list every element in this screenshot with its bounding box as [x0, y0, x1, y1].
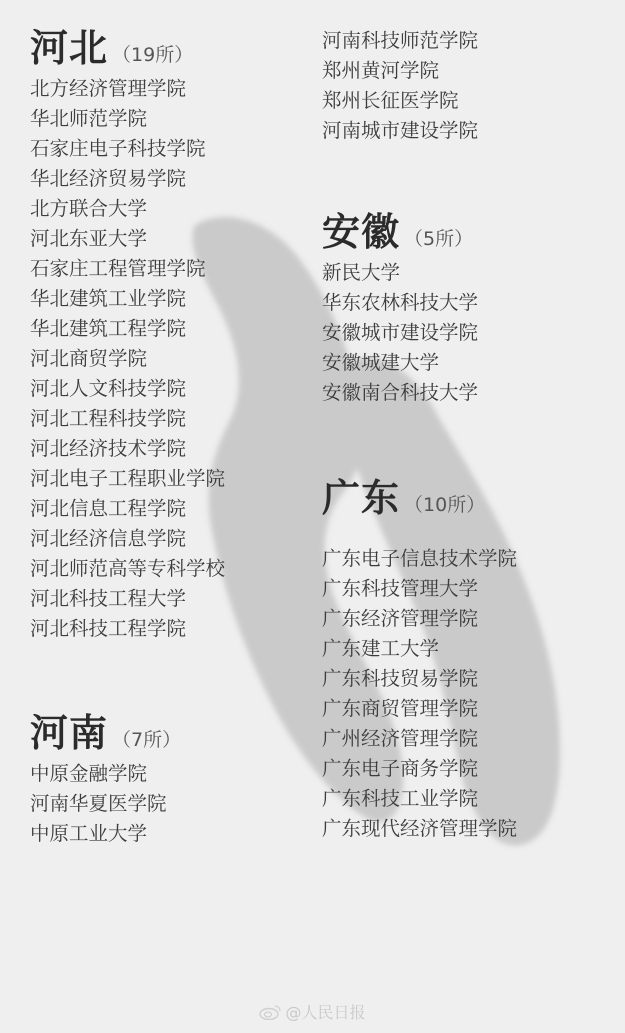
school-list: 中原金融学院 河南华夏医学院 中原工业大学: [30, 759, 310, 849]
list-item: 河北东亚大学: [30, 224, 310, 254]
province-title: 广东: [322, 472, 400, 524]
list-item: 华北建筑工业学院: [30, 284, 310, 314]
list-item: 安徽城市建设学院: [322, 318, 612, 348]
list-item: 河北工程科技学院: [30, 404, 310, 434]
watermark-text: @人民日报: [285, 1000, 365, 1023]
section-hebei: 河北 （19所） 北方经济管理学院 华北师范学院 石家庄电子科技学院 华北经济贸…: [30, 22, 310, 644]
list-item: 河北师范高等专科学校: [30, 554, 310, 584]
list-item: 河南城市建设学院: [322, 116, 612, 146]
list-item: 石家庄电子科技学院: [30, 134, 310, 164]
section-header: 广东 （10所）: [322, 472, 612, 524]
list-item: 河北人文科技学院: [30, 374, 310, 404]
list-item: 石家庄工程管理学院: [30, 254, 310, 284]
province-title: 安徽: [322, 206, 400, 258]
list-item: 华北经济贸易学院: [30, 164, 310, 194]
list-item: 华东农林科技大学: [322, 288, 612, 318]
section-henan: 河南 （7所） 中原金融学院 河南华夏医学院 中原工业大学: [30, 707, 310, 849]
list-item: 河北经济信息学院: [30, 524, 310, 554]
list-item: 广东电子信息技术学院: [322, 544, 612, 574]
list-item: 华北师范学院: [30, 104, 310, 134]
section-anhui: 安徽 （5所） 新民大学 华东农林科技大学 安徽城市建设学院 安徽城建大学 安徽…: [322, 206, 612, 408]
section-header: 安徽 （5所）: [322, 206, 612, 258]
list-item: 广东科技管理大学: [322, 574, 612, 604]
list-item: 广东科技工业学院: [322, 784, 612, 814]
list-item: 河北电子工程职业学院: [30, 464, 310, 494]
list-item: 郑州黄河学院: [322, 56, 612, 86]
list-item: 华北建筑工程学院: [30, 314, 310, 344]
weibo-logo-icon: [259, 1004, 281, 1020]
school-count: （5所）: [404, 213, 473, 265]
list-item: 广东电子商务学院: [322, 754, 612, 784]
list-item: 广东建工大学: [322, 634, 612, 664]
school-list: 北方经济管理学院 华北师范学院 石家庄电子科技学院 华北经济贸易学院 北方联合大…: [30, 74, 310, 644]
list-item: 河南华夏医学院: [30, 789, 310, 819]
left-column: 河北 （19所） 北方经济管理学院 华北师范学院 石家庄电子科技学院 华北经济贸…: [30, 22, 310, 849]
list-item: 河北商贸学院: [30, 344, 310, 374]
list-item: 广州经济管理学院: [322, 724, 612, 754]
list-item: 北方经济管理学院: [30, 74, 310, 104]
list-item: 广东商贸管理学院: [322, 694, 612, 724]
province-title: 河北: [30, 22, 108, 74]
list-item: 河北科技工程学院: [30, 614, 310, 644]
list-item: 广东现代经济管理学院: [322, 814, 612, 844]
school-list: 广东电子信息技术学院 广东科技管理大学 广东经济管理学院 广东建工大学 广东科技…: [322, 544, 612, 844]
list-item: 安徽城建大学: [322, 348, 612, 378]
section-guangdong: 广东 （10所） 广东电子信息技术学院 广东科技管理大学 广东经济管理学院 广东…: [322, 472, 612, 844]
list-item: 郑州长征医学院: [322, 86, 612, 116]
school-list-henan-continued: 河南科技师范学院 郑州黄河学院 郑州长征医学院 河南城市建设学院: [322, 26, 612, 146]
province-title: 河南: [30, 707, 108, 759]
school-list: 新民大学 华东农林科技大学 安徽城市建设学院 安徽城建大学 安徽南合科技大学: [322, 258, 612, 408]
list-item: 河北信息工程学院: [30, 494, 310, 524]
list-item: 中原工业大学: [30, 819, 310, 849]
list-item: 北方联合大学: [30, 194, 310, 224]
watermark: @人民日报: [0, 1000, 625, 1023]
section-header: 河北 （19所）: [30, 22, 310, 74]
school-count: （10所）: [404, 479, 485, 531]
section-header: 河南 （7所）: [30, 707, 310, 759]
list-item: 广东经济管理学院: [322, 604, 612, 634]
right-column: 河南科技师范学院 郑州黄河学院 郑州长征医学院 河南城市建设学院 安徽 （5所）…: [322, 26, 612, 844]
list-item: 河北科技工程大学: [30, 584, 310, 614]
list-item: 河北经济技术学院: [30, 434, 310, 464]
list-item: 广东科技贸易学院: [322, 664, 612, 694]
list-item: 安徽南合科技大学: [322, 378, 612, 408]
list-item: 河南科技师范学院: [322, 26, 612, 56]
